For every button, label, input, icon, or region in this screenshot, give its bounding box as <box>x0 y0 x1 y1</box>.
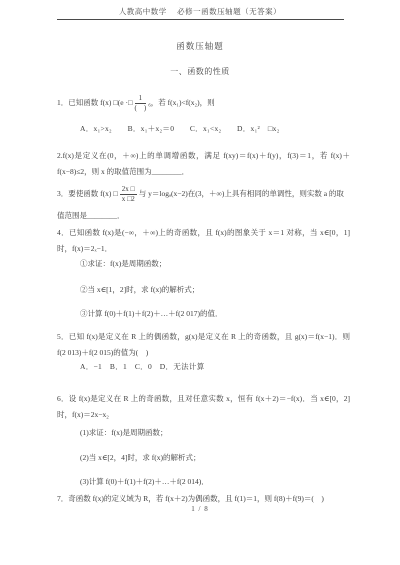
page-header: 人教高中数学 必修一函数压轴题（无答案） <box>0 6 400 17</box>
problem-3: 3．要使函数 f(x) □2x □x □2与 y＝logₐ(x−2)在(3，＋∞… <box>57 186 350 203</box>
fraction-denominator: x □2 <box>120 195 137 203</box>
document-page: 人教高中数学 必修一函数压轴题（无答案） 函数压轴题 一、函数的性质 1．已知函… <box>0 0 400 565</box>
problem-5: 5．已知 f(x)是定义在 R 上的偶函数，g(x)是定义在 R 上的奇函数，且… <box>57 329 350 361</box>
header-rule <box>57 19 344 20</box>
problem-4-item-1: ①求证：f(x)是周期函数； <box>80 256 350 272</box>
problem-3-text-pre: 3．要使函数 f(x) □ <box>57 189 118 198</box>
problem-4: 4．已知函数 f(x)是(−∞，＋∞)上的奇函数，且 f(x)的图象关于 x＝1… <box>57 225 350 257</box>
problem-6-item-2: (2)当 x∈[2，4]时，求 f(x)的解析式； <box>80 450 350 466</box>
fraction-denominator: ( ) <box>135 104 147 112</box>
problem-1-text-post: ₆，若 f(x₁)<f(x₂)，则 <box>148 98 214 107</box>
fraction-numerator: 2x □ <box>120 186 137 195</box>
fraction-numerator: 1 <box>135 95 147 104</box>
problem-1-text-pre: 1．已知函数 f(x) □(e ·□ <box>57 98 133 107</box>
problem-4-item-2: ②当 x∈[1，2]时，求 f(x)的解析式； <box>80 282 350 298</box>
problem-6-item-1: (1)求证：f(x)是周期函数； <box>80 425 350 441</box>
problem-6: 6．设 f(x)是定义在 R 上的奇函数，且对任意实数 x，恒有 f(x＋2)＝… <box>57 391 350 423</box>
problem-5-options: A．−1 B．1 C．0 D．无法计算 <box>80 361 360 372</box>
problem-1: 1．已知函数 f(x) □(e ·□1( )₆，若 f(x₁)<f(x₂)，则 <box>57 95 350 112</box>
problem-3-text-post: 与 y＝logₐ(x−2)在(3，＋∞)上具有相同的单调性，则实数 a 的取 <box>139 189 344 198</box>
problem-3-line2: 值范围是________． <box>57 208 350 224</box>
fraction: 2x □x □2 <box>120 186 137 203</box>
problem-2: 2.f(x)是定义在(0，＋∞)上的单调增函数，满足 f(xy)＝f(x)＋f(… <box>57 148 350 180</box>
problem-6-item-3: (3)计算 f(0)＋f(1)＋f(2)＋…＋f(2 014)． <box>80 474 350 490</box>
problem-1-options: A．x₁>x₂ B．x₁＋x₂＝0 C．x₁<x₂ D．x₁² □x₂ <box>80 123 360 134</box>
doc-title: 函数压轴题 <box>0 40 400 52</box>
section-heading: 一、函数的性质 <box>0 66 400 77</box>
problem-4-item-3: ③计算 f(0)＋f(1)＋f(2)＋…＋f(2 017)的值． <box>80 306 350 322</box>
page-number: 1 / 8 <box>0 505 400 513</box>
fraction: 1( ) <box>135 95 147 112</box>
